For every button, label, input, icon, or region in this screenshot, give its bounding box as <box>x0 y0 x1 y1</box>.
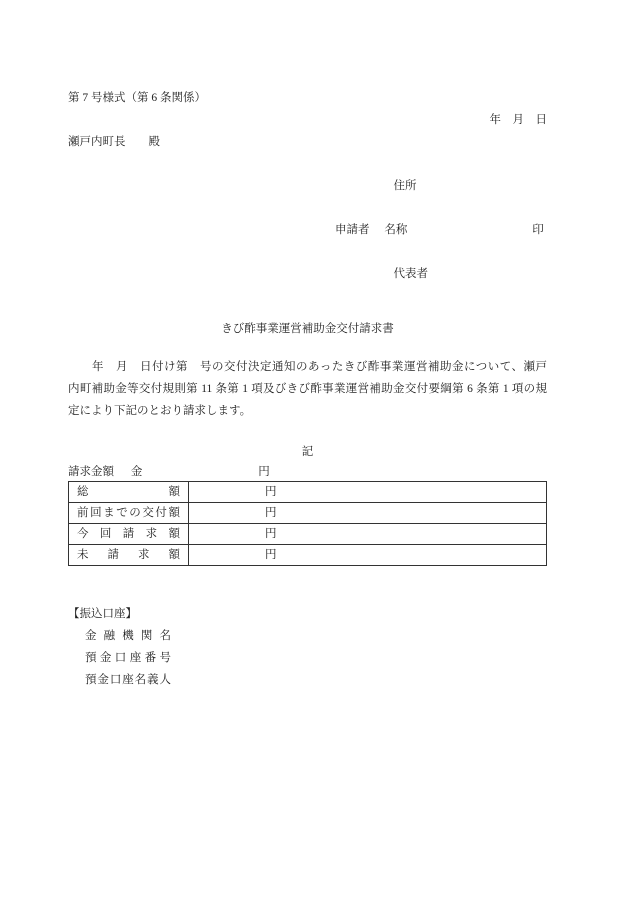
bank-item-account-number: 預金口座番号 <box>85 647 171 669</box>
bank-item-institution-name: 金融機関名 <box>85 625 171 647</box>
body-paragraph: 年 月 日付け第 号の交付決定通知のあったきび酢事業運営補助金について、瀬戸 内… <box>68 356 547 422</box>
applicant-name-label: 名称 <box>384 219 407 241</box>
request-amount-line: 請求金額 金 円 <box>68 463 547 481</box>
table-row: 前回までの交付額 円 <box>69 503 547 524</box>
request-amount-table: 総額 円 前回までの交付額 円 今回請求額 円 未請求額 円 <box>68 481 547 566</box>
applicant-representative-line: 代表者 <box>68 241 547 307</box>
table-row: 総額 円 <box>69 482 547 503</box>
row-label-previous-payments: 前回までの交付額 <box>69 503 189 524</box>
currency-unit: 円 <box>258 463 270 481</box>
currency-prefix: 金 <box>131 463 143 481</box>
bank-account-heading: 【振込口座】 <box>68 603 547 625</box>
seal-mark: 印 <box>532 219 544 241</box>
date-line: 年 月 日 <box>68 109 547 131</box>
document-title: きび酢事業運営補助金交付請求書 <box>68 318 547 340</box>
applicant-name-line: 申請者 名称 印 <box>68 219 547 241</box>
applicant-label: 申請者 <box>335 219 370 241</box>
body-line: 内町補助金等交付規則第 11 条第 1 項及びきび酢事業運営補助金交付要綱第 6… <box>68 378 547 400</box>
address-label: 住所 <box>394 180 417 192</box>
body-line: 定により下記のとおり請求します。 <box>68 400 547 422</box>
row-value-total: 円 <box>189 482 547 503</box>
representative-label: 代表者 <box>394 268 429 280</box>
row-value-previous-payments: 円 <box>189 503 547 524</box>
table-row: 今回請求額 円 <box>69 524 547 545</box>
row-value-unrequested: 円 <box>189 545 547 566</box>
request-amount-label: 請求金額 <box>68 466 114 478</box>
bank-item-account-holder: 預金口座名義人 <box>85 669 171 691</box>
row-label-current-request: 今回請求額 <box>69 524 189 545</box>
body-line: 年 月 日付け第 号の交付決定通知のあったきび酢事業運営補助金について、瀬戸 <box>68 356 547 378</box>
row-label-total: 総額 <box>69 482 189 503</box>
form-number: 第 7 号様式（第 6 条関係） <box>68 87 547 109</box>
row-value-current-request: 円 <box>189 524 547 545</box>
table-row: 未請求額 円 <box>69 545 547 566</box>
note-heading: 記 <box>68 441 547 463</box>
applicant-address-line: 住所 <box>68 153 547 219</box>
addressee: 瀬戸内町長 殿 <box>68 131 547 153</box>
row-label-unrequested: 未請求額 <box>69 545 189 566</box>
bank-account-section: 【振込口座】 金融機関名 預金口座番号 預金口座名義人 <box>68 603 547 691</box>
document-page: 第 7 号様式（第 6 条関係） 年 月 日 瀬戸内町長 殿 住所 申請者 名称… <box>0 0 630 903</box>
